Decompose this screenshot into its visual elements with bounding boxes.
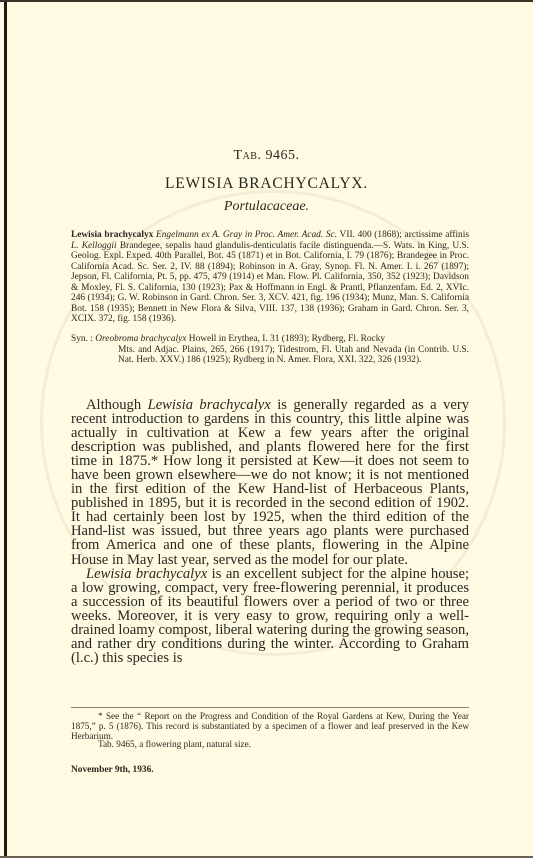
p2-text: is an excellent subject for the alpine h… xyxy=(71,566,469,666)
paragraph-1: Although Lewisia brachycalyx is generall… xyxy=(71,398,469,567)
paragraph-2: Lewisia brachycalyx is an excellent subj… xyxy=(71,567,469,665)
body-text: Although Lewisia brachycalyx is generall… xyxy=(71,398,469,665)
synonym-text-cont: Mts. and Adjac. Plains, 265, 266 (1917);… xyxy=(71,345,469,366)
plate-caption: Tab. 9465, a flowering plant, natural si… xyxy=(98,739,478,749)
footnote-text: * See the “ Report on the Progress and C… xyxy=(71,711,469,741)
footnote: * See the “ Report on the Progress and C… xyxy=(71,711,469,741)
publication-date: November 9th, 1936. xyxy=(71,765,271,775)
footnote-divider xyxy=(71,707,469,708)
related-species: L. Kelloggii xyxy=(71,241,117,251)
synonym-text: Howell in Erythea, I. 31 (1893); Rydberg… xyxy=(186,334,385,344)
tab-prefix: Tab. xyxy=(234,148,262,163)
tab-number: 9465. xyxy=(265,148,299,163)
references-text-cont: Brandegee, sepalis haud glandulis-dentic… xyxy=(71,241,469,325)
page-top-edge xyxy=(0,0,533,2)
synonym-block: Syn. : Oreobroma brachycalyx Howell in E… xyxy=(71,334,469,366)
plate-number: Tab. 9465. xyxy=(0,148,533,164)
synonym-label: Syn. : xyxy=(71,334,95,344)
synonym-name: Oreobroma brachycalyx xyxy=(95,334,186,344)
authority: Engelmann ex A. Gray in Proc. Amer. Acad… xyxy=(156,230,337,240)
species-title: LEWISIA BRACHYCALYX. xyxy=(0,175,533,193)
p1-text-cont: is generally regarded as a very recent i… xyxy=(71,397,469,568)
references-block: Lewisia brachycalyx Engelmann ex A. Gray… xyxy=(71,230,469,325)
species-name: Lewisia brachycalyx xyxy=(71,230,153,240)
family-name: Portulacaceae. xyxy=(0,199,533,215)
references-text: VII. 400 (1868); arctissime affinis xyxy=(337,230,469,240)
